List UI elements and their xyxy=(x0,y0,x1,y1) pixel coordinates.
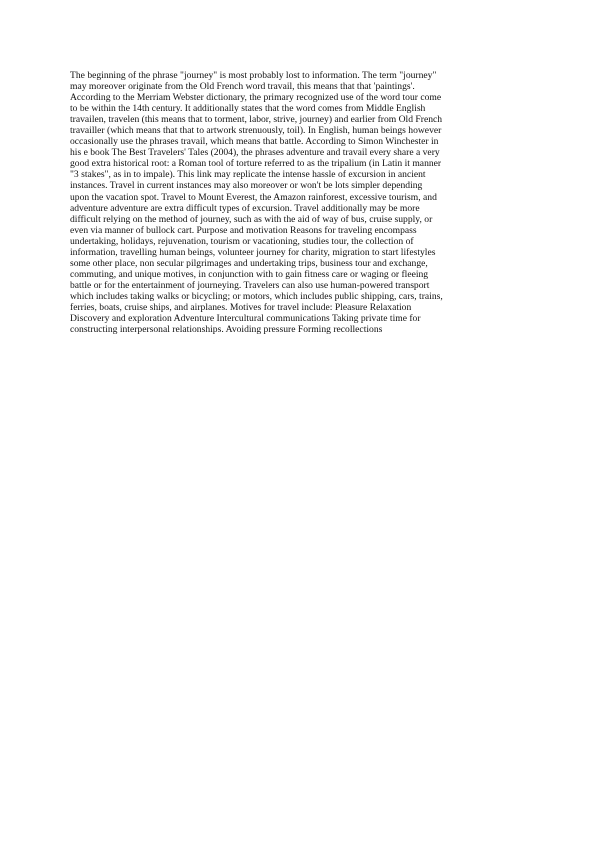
document-page: The beginning of the phrase "journey" is… xyxy=(0,0,595,842)
text-line: even via manner of bullock cart. Purpose… xyxy=(70,225,540,236)
text-line: which includes taking walks or bicycling… xyxy=(70,291,540,302)
text-line: battle or for the entertainment of journ… xyxy=(70,280,540,291)
body-paragraph: The beginning of the phrase "journey" is… xyxy=(70,70,540,335)
text-line: good extra historical root: a Roman tool… xyxy=(70,158,540,169)
text-line: upon the vacation spot. Travel to Mount … xyxy=(70,192,540,203)
text-line: commuting, and unique motives, in conjun… xyxy=(70,269,540,280)
text-line: Discovery and exploration Adventure Inte… xyxy=(70,313,540,324)
text-line: difficult relying on the method of journ… xyxy=(70,214,540,225)
text-line: information, travelling human beings, vo… xyxy=(70,247,540,258)
text-line: to be within the 14th century. It additi… xyxy=(70,103,540,114)
text-line: instances. Travel in current instances m… xyxy=(70,180,540,191)
text-line: ferries, boats, cruise ships, and airpla… xyxy=(70,302,540,313)
text-line: travailler (which means that that to art… xyxy=(70,125,540,136)
text-line: his e book The Best Travelers' Tales (20… xyxy=(70,147,540,158)
text-line: occasionally use the phrases travail, wh… xyxy=(70,136,540,147)
text-line: According to the Merriam Webster diction… xyxy=(70,92,540,103)
text-line: may moreover originate from the Old Fren… xyxy=(70,81,540,92)
text-line: The beginning of the phrase "journey" is… xyxy=(70,70,540,81)
text-line: travailen, travelen (this means that to … xyxy=(70,114,540,125)
text-line: "3 stakes", as in to impale). This link … xyxy=(70,169,540,180)
text-line: constructing interpersonal relationships… xyxy=(70,324,540,335)
text-line: adventure adventure are extra difficult … xyxy=(70,203,540,214)
text-line: undertaking, holidays, rejuvenation, tou… xyxy=(70,236,540,247)
text-line: some other place, non secular pilgrimage… xyxy=(70,258,540,269)
